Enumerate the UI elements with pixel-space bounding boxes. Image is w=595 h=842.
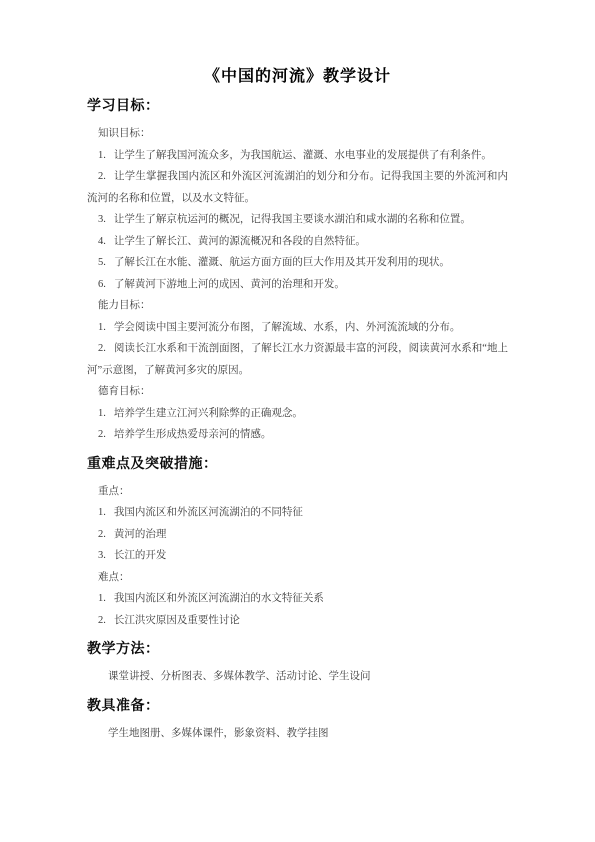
- item-text: 了解黄河下游地上河的成因、黄河的治理和开发。: [114, 279, 345, 290]
- item-text: 我国内流区和外流区河流湖泊的水文特征关系: [114, 593, 324, 604]
- item-number: 1.: [98, 588, 106, 610]
- item-text: 让学生了解京杭运河的概况，记得我国主要谈水湖泊和咸水湖的名称和位置。: [114, 214, 471, 225]
- item-text: 学会阅读中国主要河流分布图，了解流域、水系，内、外河流流域的分布。: [114, 322, 461, 333]
- item-text: 黄河的治理: [114, 529, 167, 540]
- item-text: 我国内流区和外流区河流湖泊的不同特征: [114, 507, 303, 518]
- item-text: 让学生了解我国河流众多，为我国航运、灌溉、水电事业的发展提供了有利条件。: [114, 150, 492, 161]
- section-teaching-methods: 教学方法： 课堂讲授、分析图表、多媒体教学、活动讨论、学生设问: [87, 640, 508, 688]
- sub-heading: 难点：: [87, 567, 508, 589]
- item-number: 1.: [98, 145, 106, 167]
- item-text: 让学生了解长江、黄河的源流概况和各段的自然特征。: [114, 236, 366, 247]
- item-number: 2.: [98, 424, 106, 446]
- list-item: 1.我国内流区和外流区河流湖泊的不同特征: [87, 502, 508, 524]
- list-item: 1.我国内流区和外流区河流湖泊的水文特征关系: [87, 588, 508, 610]
- item-number: 2.: [98, 610, 106, 632]
- section-teaching-aids: 教具准备： 学生地图册、多媒体课件，影象资料、教学挂图: [87, 697, 508, 745]
- list-item: 5.了解长江在水能、灌溉、航运方面方面的巨大作用及其开发利用的现状。: [87, 252, 508, 274]
- item-text: 培养学生形成热爱母亲河的情感。: [114, 429, 272, 440]
- item-text: 长江的开发: [114, 550, 167, 561]
- section-key-difficult-points: 重难点及突破措施： 重点： 1.我国内流区和外流区河流湖泊的不同特征 2.黄河的…: [87, 455, 508, 632]
- item-text: 阅读长江水系和干流剖面图，了解长江水力资源最丰富的河段，阅读黄河水系和“地上河”…: [87, 343, 508, 376]
- list-item: 3.让学生了解京杭运河的概况，记得我国主要谈水湖泊和咸水湖的名称和位置。: [87, 209, 508, 231]
- section-heading: 重难点及突破措施：: [87, 455, 508, 475]
- item-text: 培养学生建立江河兴利除弊的正确观念。: [114, 408, 303, 419]
- paragraph: 学生地图册、多媒体课件，影象资料、教学挂图: [87, 723, 508, 745]
- document-page: 《中国的河流》教学设计 学习目标： 知识目标： 1.让学生了解我国河流众多，为我…: [0, 0, 595, 842]
- item-number: 1.: [98, 403, 106, 425]
- sub-heading: 重点：: [87, 481, 508, 503]
- list-item: 2.阅读长江水系和干流剖面图，了解长江水力资源最丰富的河段，阅读黄河水系和“地上…: [87, 338, 508, 381]
- item-number: 3.: [98, 209, 106, 231]
- sub-heading: 德育目标：: [87, 381, 508, 403]
- item-number: 2.: [98, 524, 106, 546]
- paragraph: 课堂讲授、分析图表、多媒体教学、活动讨论、学生设问: [87, 666, 508, 688]
- item-text: 长江洪灾原因及重要性讨论: [114, 615, 240, 626]
- section-heading: 教具准备：: [87, 697, 508, 717]
- item-number: 4.: [98, 231, 106, 253]
- item-number: 2.: [98, 166, 106, 188]
- list-item: 2.黄河的治理: [87, 524, 508, 546]
- item-text: 了解长江在水能、灌溉、航运方面方面的巨大作用及其开发利用的现状。: [114, 257, 450, 268]
- section-heading: 学习目标：: [87, 97, 508, 117]
- page-title: 《中国的河流》教学设计: [87, 0, 508, 88]
- sub-heading: 知识目标：: [87, 123, 508, 145]
- section-heading: 教学方法：: [87, 640, 508, 660]
- section-learning-goals: 学习目标： 知识目标： 1.让学生了解我国河流众多，为我国航运、灌溉、水电事业的…: [87, 97, 508, 446]
- list-item: 6.了解黄河下游地上河的成因、黄河的治理和开发。: [87, 274, 508, 296]
- list-item: 1.培养学生建立江河兴利除弊的正确观念。: [87, 403, 508, 425]
- sub-heading: 能力目标：: [87, 295, 508, 317]
- document-content: 《中国的河流》教学设计 学习目标： 知识目标： 1.让学生了解我国河流众多，为我…: [0, 0, 595, 744]
- item-number: 3.: [98, 545, 106, 567]
- item-number: 1.: [98, 502, 106, 524]
- list-item: 4.让学生了解长江、黄河的源流概况和各段的自然特征。: [87, 231, 508, 253]
- item-number: 2.: [98, 338, 106, 360]
- list-item: 1.让学生了解我国河流众多，为我国航运、灌溉、水电事业的发展提供了有利条件。: [87, 145, 508, 167]
- item-number: 1.: [98, 317, 106, 339]
- item-number: 6.: [98, 274, 106, 296]
- list-item: 3.长江的开发: [87, 545, 508, 567]
- list-item: 2.培养学生形成热爱母亲河的情感。: [87, 424, 508, 446]
- item-number: 5.: [98, 252, 106, 274]
- list-item: 2.让学生掌握我国内流区和外流区河流湖泊的划分和分布。记得我国主要的外流河和内流…: [87, 166, 508, 209]
- list-item: 2.长江洪灾原因及重要性讨论: [87, 610, 508, 632]
- list-item: 1.学会阅读中国主要河流分布图，了解流域、水系，内、外河流流域的分布。: [87, 317, 508, 339]
- item-text: 让学生掌握我国内流区和外流区河流湖泊的划分和分布。记得我国主要的外流河和内流河的…: [87, 171, 508, 204]
